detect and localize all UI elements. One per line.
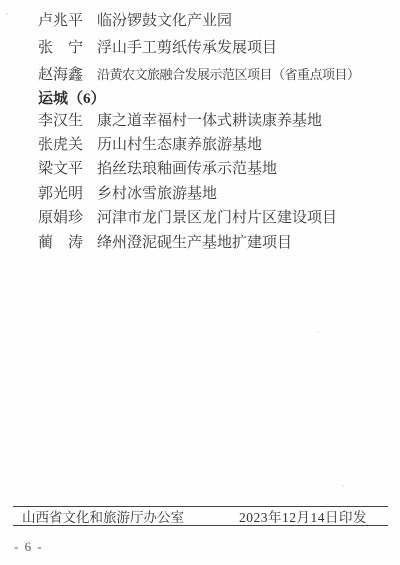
list-item: 郭光明 乡村冰雪旅游基地 — [38, 180, 392, 204]
person-name: 李汉生 — [38, 109, 83, 130]
print-date-label: 2023年12月14日印发 — [239, 506, 367, 526]
document-footer: 山西省文化和旅游厅办公室 2023年12月14日印发 — [13, 506, 388, 526]
person-name: 张虎关 — [38, 133, 83, 154]
scan-artifact — [317, 331, 319, 333]
issuing-office-label: 山西省文化和旅游厅办公室 — [22, 506, 184, 526]
person-name: 郭光明 — [38, 182, 83, 203]
list-item: 卢兆平 临汾锣鼓文化产业园 — [38, 6, 392, 33]
project-title: 浮山手工剪纸传承发展项目 — [97, 36, 392, 57]
project-title: 历山村生态康养旅游基地 — [97, 133, 392, 154]
city-section-header: 运城（6） — [38, 87, 392, 107]
person-name: 赵海鑫 — [38, 63, 83, 84]
list-item: 蔺 涛 绛州澄泥砚生产基地扩建项目 — [38, 229, 392, 253]
list-item: 梁文平 掐丝珐琅釉画传承示范基地 — [38, 156, 392, 180]
project-title: 乡村冰雪旅游基地 — [97, 182, 392, 203]
project-title: 沿黄农文旅融合发展示范区项目（省重点项目） — [97, 64, 392, 83]
project-title: 康之道幸福村一体式耕读康养基地 — [97, 109, 392, 130]
project-title: 绛州澄泥砚生产基地扩建项目 — [97, 231, 392, 252]
page-number: - 6 - — [14, 539, 43, 555]
list-item: 李汉生 康之道幸福村一体式耕读康养基地 — [38, 107, 392, 131]
project-title: 掐丝珐琅釉画传承示范基地 — [97, 157, 392, 178]
person-name: 卢兆平 — [38, 9, 83, 30]
scan-artifact — [6, 13, 8, 15]
person-name: 梁文平 — [38, 157, 83, 178]
list-item: 张 宁 浮山手工剪纸传承发展项目 — [38, 33, 392, 60]
project-title: 河津市龙门景区龙门村片区建设项目 — [97, 206, 392, 227]
list-item: 原娟珍 河津市龙门景区龙门村片区建设项目 — [38, 205, 392, 229]
scanned-document-page: 卢兆平 临汾锣鼓文化产业园 张 宁 浮山手工剪纸传承发展项目 赵海鑫 沿黄农文旅… — [0, 0, 400, 565]
project-title: 临汾锣鼓文化产业园 — [97, 9, 392, 30]
scan-artifact — [342, 485, 344, 487]
project-list: 卢兆平 临汾锣鼓文化产业园 张 宁 浮山手工剪纸传承发展项目 赵海鑫 沿黄农文旅… — [38, 6, 392, 253]
list-item: 张虎关 历山村生态康养旅游基地 — [38, 131, 392, 155]
person-name: 蔺 涛 — [38, 231, 83, 252]
person-name: 张 宁 — [38, 36, 83, 57]
person-name: 原娟珍 — [38, 206, 83, 227]
list-item: 赵海鑫 沿黄农文旅融合发展示范区项目（省重点项目） — [38, 60, 392, 87]
